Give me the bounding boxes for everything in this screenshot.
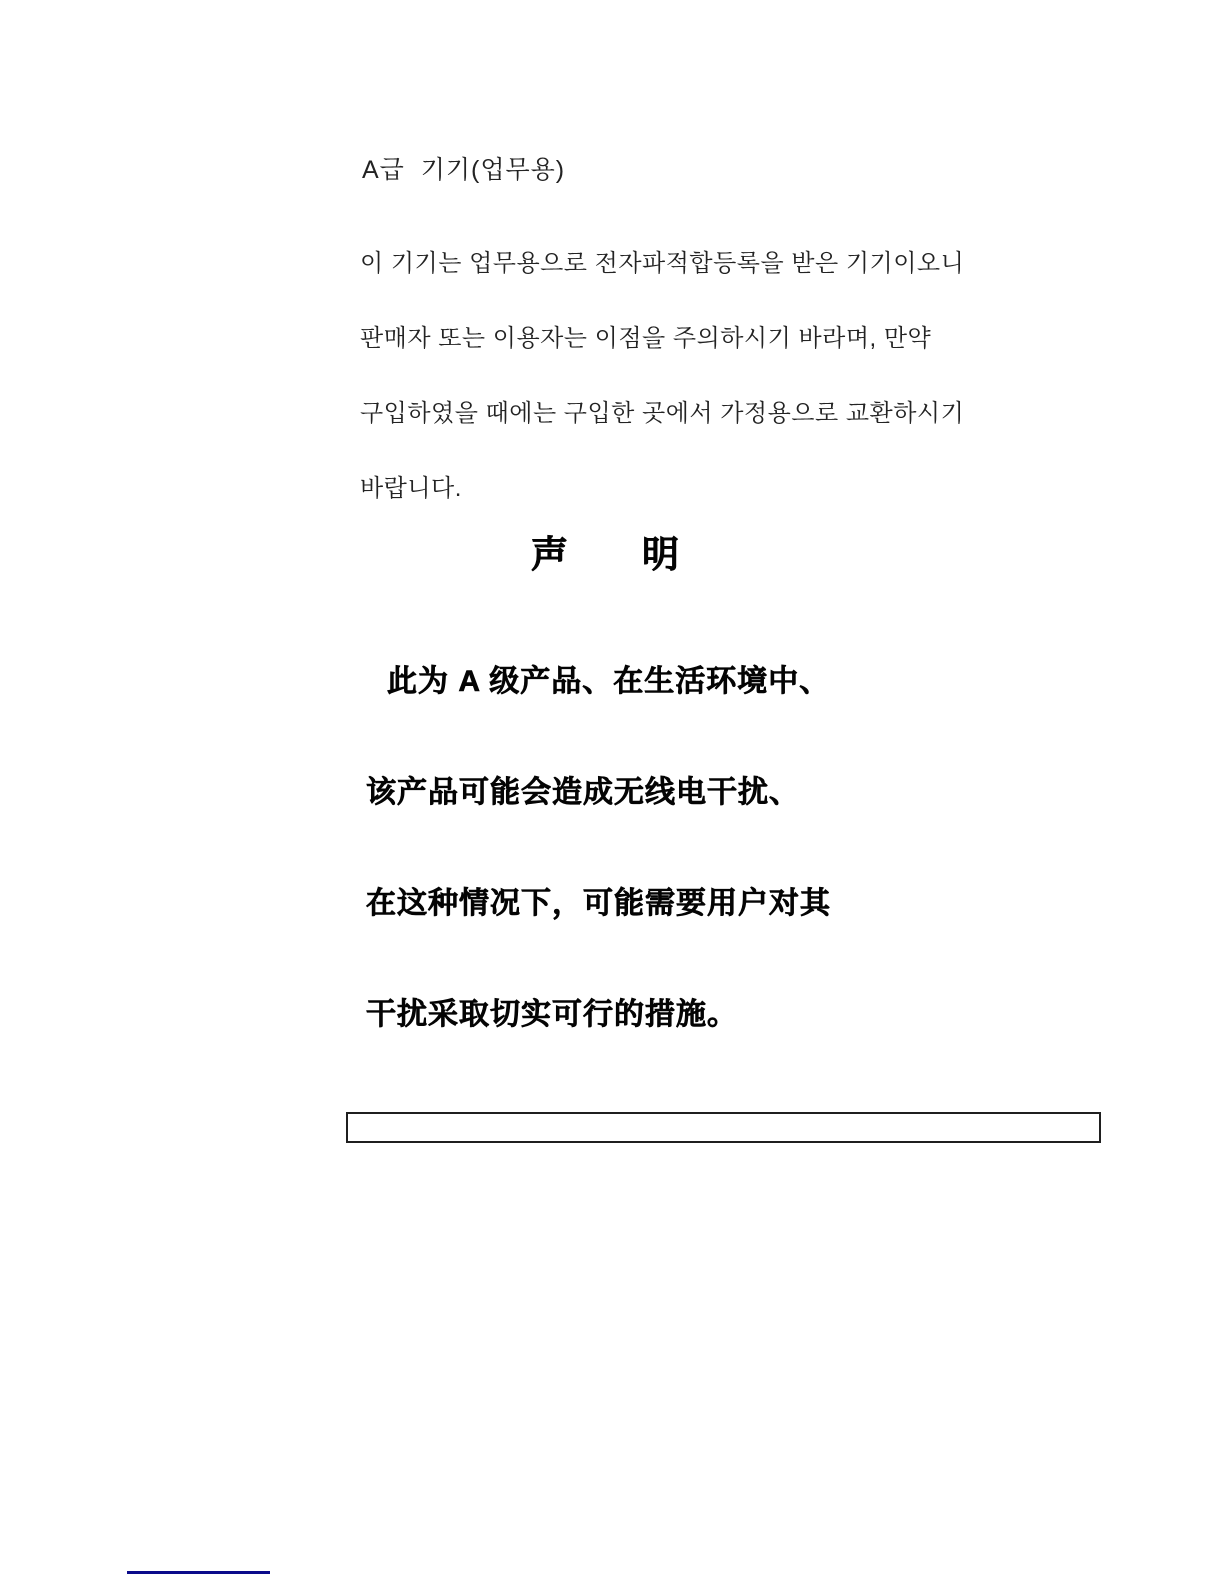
korean-notice-line: 이 기기는 업무용으로 전자파적합등록을 받은 기기이오니 bbox=[360, 251, 964, 276]
korean-notice-title: A급 기기(업무용) bbox=[362, 150, 565, 186]
korean-notice-line: 판매자 또는 이용자는 이점을 주의하시기 바라며, 만약 bbox=[360, 326, 964, 351]
chinese-declaration-line: 该产品可能会造成无线电干扰、 bbox=[366, 774, 831, 811]
empty-outline-box bbox=[346, 1112, 1101, 1143]
korean-notice-paragraph: 이 기기는 업무용으로 전자파적합등록을 받은 기기이오니 판매자 또는 이용자… bbox=[360, 201, 964, 551]
korean-notice-line: 구입하였을 때에는 구입한 곳에서 가정용으로 교환하시기 bbox=[360, 401, 964, 426]
korean-notice-line: 바랍니다. bbox=[360, 476, 964, 501]
chinese-declaration-paragraph: 此为 A 级产品、在生活环境中、 该产品可能会造成无线电干扰、 在这种情况下，可… bbox=[366, 589, 831, 1107]
chinese-declaration-line: 此为 A 级产品、在生活环境中、 bbox=[366, 663, 831, 700]
chinese-declaration-line: 在这种情况下，可能需要用户对其 bbox=[366, 885, 831, 922]
chinese-declaration-line: 干扰采取切实可行的措施。 bbox=[366, 996, 831, 1033]
footer-link-underline bbox=[127, 1571, 270, 1574]
chinese-declaration-title: 声 明 bbox=[531, 524, 679, 578]
document-page: A급 기기(업무용) 이 기기는 업무용으로 전자파적합등록을 받은 기기이오니… bbox=[0, 0, 1224, 1584]
